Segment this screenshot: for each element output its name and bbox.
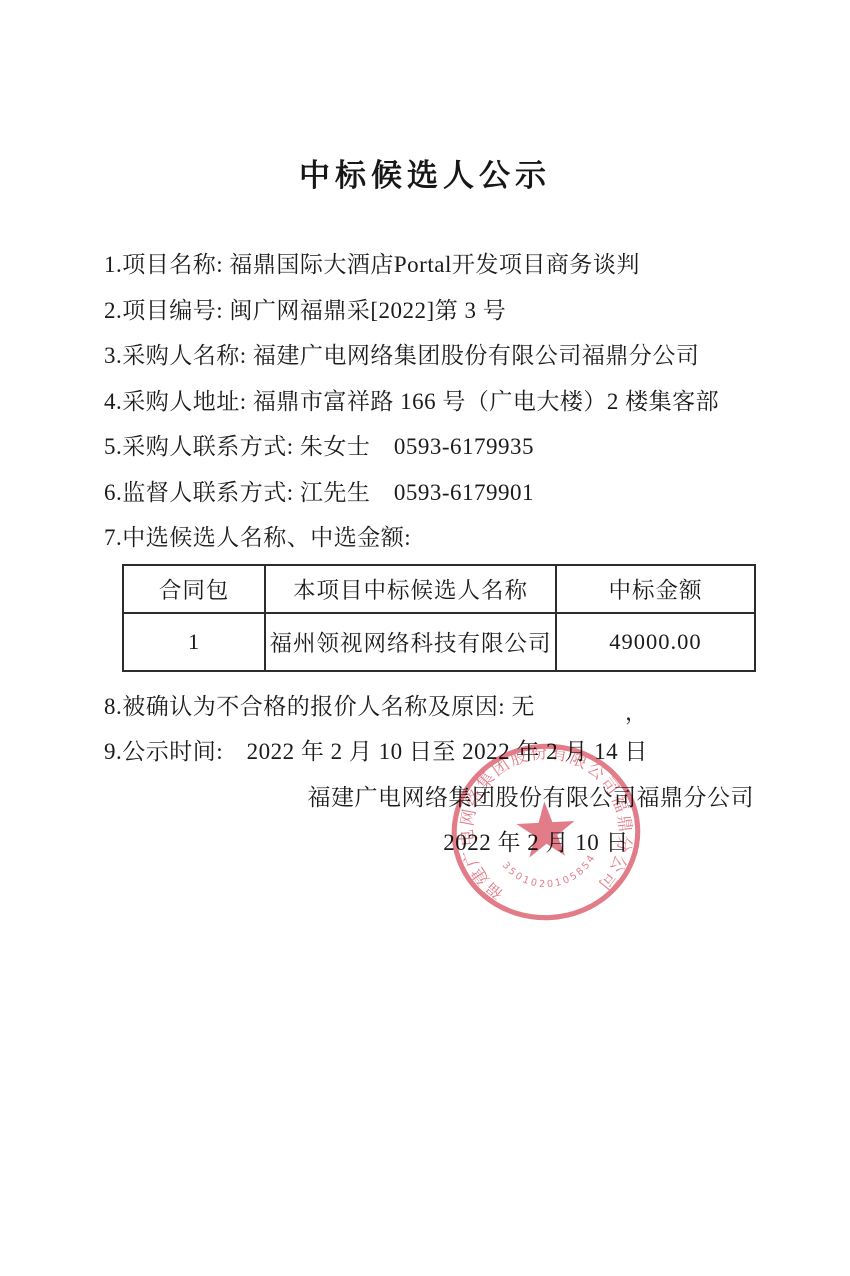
- signature-company: 福建广电网络集团股份有限公司福鼎分公司: [104, 773, 774, 819]
- page-title: 中标候选人公示: [0, 150, 850, 195]
- header-contract-package: 合同包: [123, 565, 265, 613]
- item-project-number: 2.项目编号: 闽广网福鼎采[2022]第 3 号: [104, 286, 774, 332]
- item-project-name: 1.项目名称: 福鼎国际大酒店Portal开发项目商务谈判: [104, 240, 774, 286]
- signature-date: 2022 年 2 月 10 日: [104, 818, 774, 864]
- table-row: 1 福州领视网络科技有限公司 49000.00: [123, 613, 755, 671]
- bid-candidates-table: 合同包 本项目中标候选人名称 中标金额 1 福州领视网络科技有限公司 49000…: [122, 564, 756, 672]
- item-candidates-heading: 7.中选候选人名称、中选金额:: [104, 513, 774, 559]
- header-bid-amount: 中标金额: [556, 565, 755, 613]
- item-purchaser-contact: 5.采购人联系方式: 朱女士 0593-6179935: [104, 422, 774, 468]
- cell-bid-amount: 49000.00: [556, 613, 755, 671]
- item-disqualified: 8.被确认为不合格的报价人名称及原因: 无 ，: [104, 682, 774, 728]
- document-page: 中标候选人公示 1.项目名称: 福鼎国际大酒店Portal开发项目商务谈判 2.…: [0, 0, 850, 1276]
- document-body: 1.项目名称: 福鼎国际大酒店Portal开发项目商务谈判 2.项目编号: 闽广…: [104, 240, 774, 864]
- item-purchaser-name: 3.采购人名称: 福建广电网络集团股份有限公司福鼎分公司: [104, 331, 774, 377]
- item-disqualified-text: 8.被确认为不合格的报价人名称及原因: 无: [104, 688, 535, 721]
- item-supervisor-contact: 6.监督人联系方式: 江先生 0593-6179901: [104, 468, 774, 514]
- cell-candidate-name: 福州领视网络科技有限公司: [265, 613, 556, 671]
- table-header-row: 合同包 本项目中标候选人名称 中标金额: [123, 565, 755, 613]
- cell-contract-package: 1: [123, 613, 265, 671]
- header-candidate-name: 本项目中标候选人名称: [265, 565, 556, 613]
- item-purchaser-addr: 4.采购人地址: 福鼎市富祥路 166 号（广电大楼）2 楼集客部: [104, 377, 774, 423]
- item-publicity-period: 9.公示时间: 2022 年 2 月 10 日至 2022 年 2 月 14 日: [104, 727, 774, 773]
- stray-comma-mark: ，: [625, 696, 648, 727]
